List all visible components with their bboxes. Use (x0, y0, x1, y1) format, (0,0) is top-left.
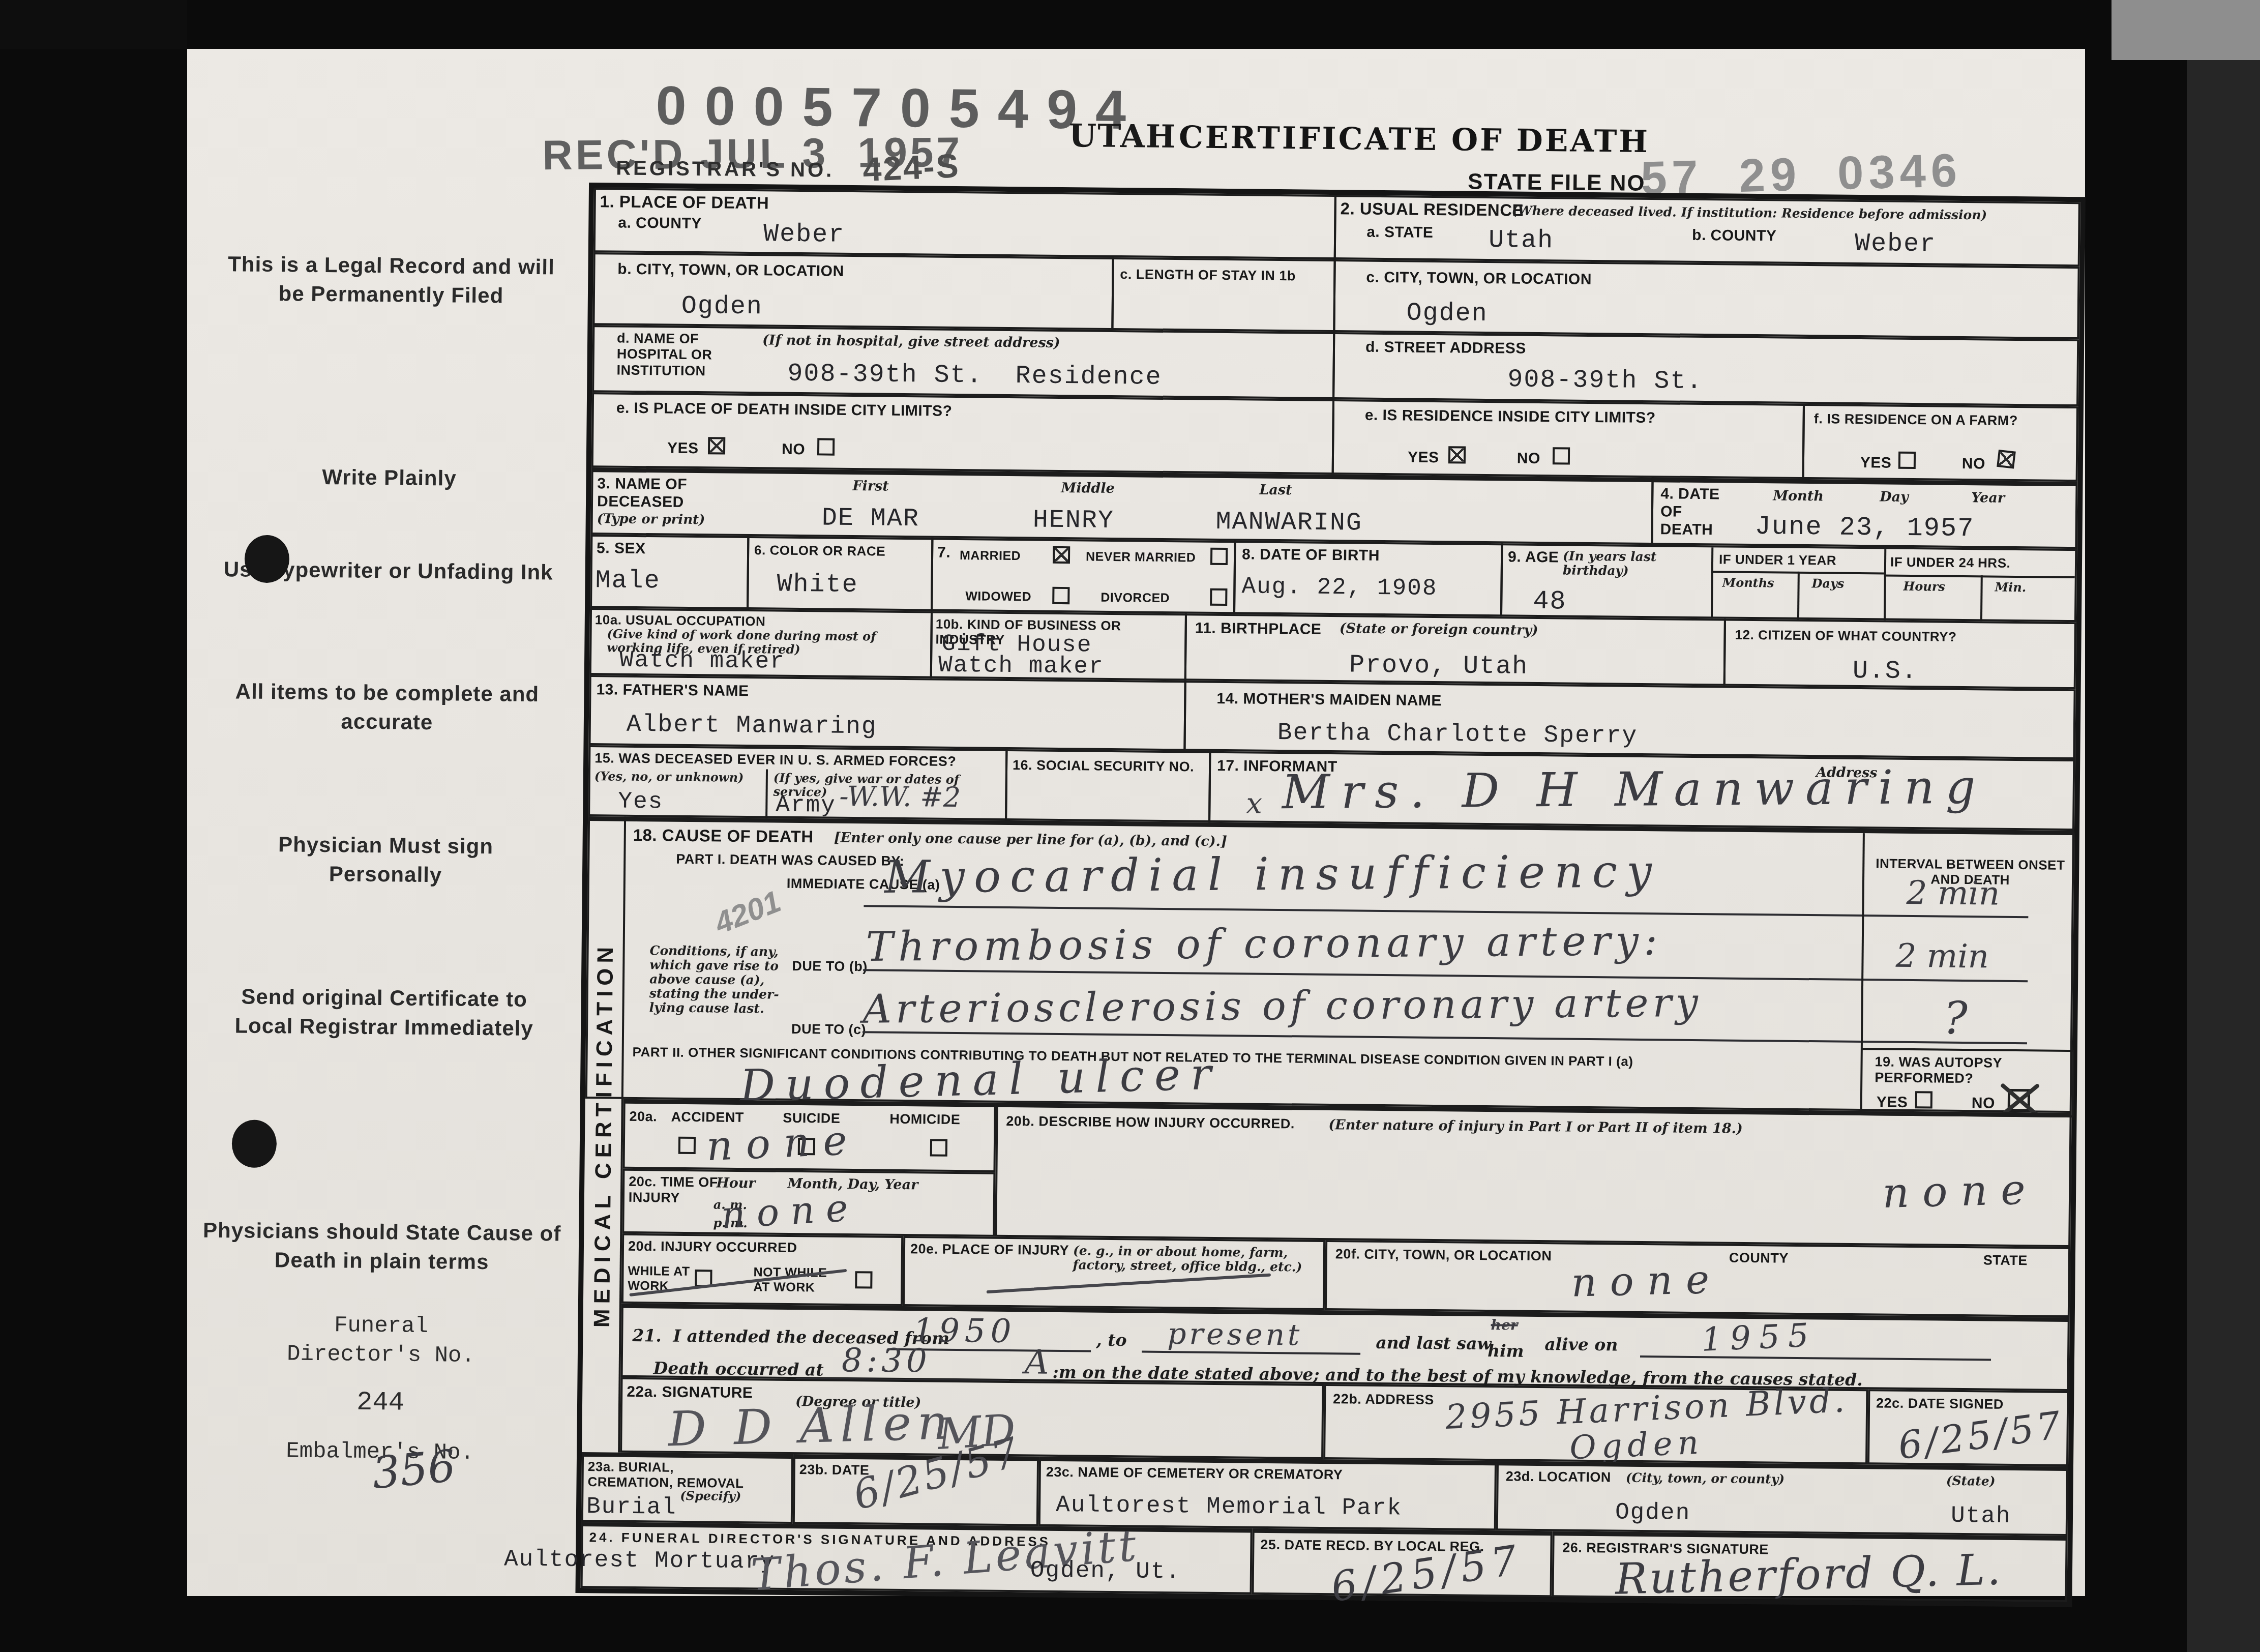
s1-title: 1. PLACE OF DEATH (600, 192, 769, 213)
s7-married-checkbox (1053, 546, 1070, 564)
s1e-yes-label: YES (667, 440, 699, 458)
s1a-county-label: a. COUNTY (618, 215, 702, 233)
s2-title: 2. USUAL RESIDENCE (1340, 199, 1524, 220)
s22b-address-value2: Ogden (1569, 1424, 1704, 1467)
s20e-hint: (e. g., in or about home, farm, factory,… (1073, 1244, 1318, 1275)
s2d-street-cell: d. STREET ADDRESS 908-39th St. (1332, 332, 2079, 406)
s23c-value: Aultorest Memorial Park (1056, 1492, 1402, 1522)
s9-hours-label: Hours (1903, 580, 1945, 594)
s9-divider-3 (1884, 549, 1886, 621)
s2f-no-checkbox (1997, 450, 2016, 469)
s1b-city-value: Ogden (681, 292, 763, 322)
s2-title-hint: (Where deceased lived. If institution: R… (1512, 203, 2076, 223)
s2e-label: e. IS RESIDENCE INSIDE CITY LIMITS? (1365, 407, 1772, 428)
section-20d-injury-occurred: 20d. INJURY OCCURRED WHILE AT WORK NOT W… (621, 1233, 903, 1306)
s9-months-label: Months (1722, 576, 1774, 590)
section-20c-time-of-injury: 20c. TIME OF INJURY Hour a. m. p. m. Mon… (622, 1169, 995, 1237)
s9-divider-4 (1980, 575, 1983, 621)
section-3-name-of-deceased: 3. NAME OF DECEASED (Type or print) Firs… (590, 467, 1653, 545)
s19-yes-label: YES (1877, 1094, 1908, 1111)
section-23b-date: 23b. DATE 6/25/57 (793, 1454, 1039, 1526)
s20e-label: 20e. PLACE OF INJURY (910, 1241, 1069, 1258)
s20f-state-label: STATE (1983, 1252, 2028, 1268)
punch-hole-top (245, 535, 290, 583)
s1e-no-label: NO (782, 441, 805, 459)
s2d-street-label: d. STREET ADDRESS (1365, 339, 1526, 358)
s21-text-2: , to (1096, 1330, 1127, 1350)
s2b-county-value: Weber (1855, 229, 1937, 259)
section-14-mother: 14. MOTHER'S MAIDEN NAME Bertha Charlott… (1183, 681, 2075, 759)
s21-ampm-value: A (1024, 1342, 1049, 1381)
funeral-director-no-value: 244 (215, 1384, 546, 1422)
section-13-father: 13. FATHER'S NAME Albert Manwaring (588, 675, 1186, 751)
s18-interval-a-value: 2 min (1906, 874, 2000, 913)
s7-divorced-label: DIVORCED (1101, 591, 1170, 606)
s12-value: U.S. (1853, 657, 1918, 686)
s23d-hint: (City, town, or county) (1626, 1471, 1785, 1487)
s10b-value2: Watch maker (938, 652, 1104, 680)
s7-widowed-label: WIDOWED (965, 589, 1031, 604)
s2f-yes-checkbox (1898, 452, 1916, 469)
s17-informant-signature: Mrs. D H Manwaring (1282, 759, 1987, 819)
s8-value: Aug. 22, 1908 (1241, 573, 1437, 602)
s18-pencil-note: 4201 (709, 883, 785, 941)
section-20b-how-injury: 20b. DESCRIBE HOW INJURY OCCURRED. (Ente… (995, 1103, 2071, 1247)
s2c-city-cell: c. CITY, TOWN, OR LOCATION Ogden (1333, 259, 2079, 339)
s17-informant-mark: x (1246, 787, 1262, 820)
s10a-value: Watch maker (619, 647, 785, 675)
s5-value: Male (595, 566, 661, 596)
s2f-no-label: NO (1962, 455, 1985, 473)
s18-interval-b-value: 2 min (1895, 937, 1989, 976)
s11-value: Provo, Utah (1349, 651, 1529, 681)
section-25-date-received: 25. DATE RECD. BY LOCAL REG. 6/25/57 (1252, 1528, 1553, 1598)
s18-cause-a-value: Myocardial insufficiency (884, 845, 1661, 903)
s15-divider (765, 769, 768, 818)
s15-value-branch: Army (776, 792, 836, 819)
s20d-label: 20d. INJURY OCCURRED (628, 1238, 797, 1256)
s4-month-label: Month (1773, 488, 1824, 504)
s2c-city-label: c. CITY, TOWN, OR LOCATION (1366, 269, 1592, 289)
section-11-birthplace: 11. BIRTHPLACE (State or foreign country… (1184, 613, 1726, 686)
section-2-usual-residence: 2. USUAL RESIDENCE (Where deceased lived… (1334, 195, 2080, 267)
s8-label: 8. DATE OF BIRTH (1242, 546, 1380, 565)
s20f-county-label: COUNTY (1729, 1250, 1789, 1266)
s21-lastseen-underline (1640, 1355, 1991, 1361)
s1c-length-label: c. LENGTH OF STAY IN 1b (1120, 267, 1328, 284)
s2f-farm-cell: f. IS RESIDENCE ON A FARM? YES NO (1802, 404, 2078, 482)
s1e-yes-checkbox (708, 437, 725, 454)
s21-text-5: Death occurred at (653, 1358, 824, 1379)
section-1-place-of-death: 1. PLACE OF DEATH a. COUNTY Weber (593, 188, 1336, 259)
section-23d-location: 23d. LOCATION (City, town, or county) (S… (1496, 1461, 2068, 1536)
s15-value-yes: Yes (618, 788, 663, 815)
s20b-none-value: none (1882, 1165, 2039, 1218)
s26-registrar-signature: Rutherford Q. L. (1615, 1545, 2003, 1604)
scanner-artifact-light (2112, 0, 2260, 60)
s9-days-label: Days (1811, 577, 1844, 591)
scan-tilt-wrapper: 0005705494 REC'D JUL 3 1957 REGISTRAR'S … (172, 48, 2085, 1614)
s19-no-label: NO (1972, 1095, 1995, 1112)
section-22b-address: 22b. ADDRESS 2955 Harrison Blvd. Ogden (1323, 1384, 1868, 1464)
s4-label: 4. DATE OF DEATH (1660, 485, 1719, 539)
section-12-citizen: 12. CITIZEN OF WHAT COUNTRY? U.S. (1723, 618, 2076, 689)
s23d-state-value: Utah (1951, 1502, 2011, 1529)
margin-legal-record-note: This is a Legal Record and will be Perma… (213, 250, 570, 311)
section-23c-cemetery: 23c. NAME OF CEMETERY OR CREMATORY Aulto… (1038, 1457, 1497, 1531)
s9-divider-2 (1797, 572, 1800, 619)
registrars-no-value: 424-S (862, 146, 961, 189)
s20a-none-value: none (705, 1116, 861, 1170)
s6-label: 6. COLOR OR RACE (754, 542, 927, 559)
s7-never-married-label: NEVER MARRIED (1086, 549, 1196, 565)
s18-interval-divider (1861, 833, 1865, 1048)
s7-married-label: MARRIED (960, 548, 1021, 564)
s11-label: 11. BIRTHPLACE (1195, 619, 1322, 638)
s2f-yes-label: YES (1860, 454, 1892, 472)
s21-him-word: him (1488, 1341, 1524, 1361)
certificate-paper: 0005705494 REC'D JUL 3 1957 REGISTRAR'S … (187, 49, 2085, 1596)
certificate-form: 1. PLACE OF DEATH a. COUNTY Weber 2. USU… (575, 183, 2085, 1607)
s6-value: White (777, 570, 858, 600)
s9-hint: (In years last birthday) (1563, 549, 1680, 578)
s18-cause-c-underline (863, 1031, 2027, 1044)
section-9-age: 9. AGE (In years last birthday) 48 IF UN… (1500, 543, 2077, 622)
scanner-corner (0, 0, 187, 49)
s1d-hospital-value: 908-39th St. Residence (787, 360, 1162, 392)
s21-lastseen-value: 1955 (1701, 1316, 1818, 1359)
s18-conditions-note: Conditions, if any, which gave rise to a… (649, 943, 797, 1016)
section-20e-place-of-injury: 20e. PLACE OF INJURY (e. g., in or about… (903, 1236, 1325, 1310)
ink-scrawl (987, 1273, 1271, 1293)
s9-value: 48 (1533, 586, 1567, 617)
page-title: UTAH CERTIFICATE OF DEATH (1069, 117, 1650, 160)
s3-middle-label: Middle (1061, 481, 1115, 496)
s1d-hospital-cell: d. NAME OF HOSPITAL OR INSTITUTION (If n… (592, 325, 1335, 399)
margin-physician-sign-note: Physician Must sign Personally (233, 830, 539, 890)
s24-city-value: Ogden, Ut. (1030, 1557, 1181, 1585)
punch-hole-bottom (231, 1119, 277, 1168)
s2e-city-limits-cell: e. IS RESIDENCE INSIDE CITY LIMITS? YES … (1332, 399, 1805, 479)
s19-label: 19. WAS AUTOPSY PERFORMED? (1875, 1054, 2063, 1087)
s1c-length-of-stay-cell: c. LENGTH OF STAY IN 1b (1111, 257, 1335, 332)
s23d-state-hint: (State) (1946, 1474, 1996, 1489)
s3-hint: (Type or print) (597, 512, 705, 527)
s21-to-underline (1142, 1351, 1360, 1355)
section-26-registrar: 26. REGISTRAR'S SIGNATURE Rutherford Q. … (1552, 1531, 2067, 1602)
s1a-county-value: Weber (763, 220, 845, 250)
s20b-label: 20b. DESCRIBE HOW INJURY OCCURRED. (1006, 1113, 1295, 1132)
s9-label: 9. AGE (1508, 548, 1559, 567)
s3-first-value: DE MAR (821, 504, 919, 534)
section-19-autopsy: 19. WAS AUTOPSY PERFORMED? YES NO (1860, 1048, 2074, 1117)
s2f-label: f. IS RESIDENCE ON A FARM? (1814, 411, 2068, 429)
s22b-label: 22b. ADDRESS (1333, 1391, 1434, 1408)
scanner-artifact-strip (2187, 60, 2260, 1652)
s21-to-value: present (1167, 1316, 1303, 1352)
s18-label: 18. CAUSE OF DEATH (633, 825, 814, 847)
s11-hint: (State or foreign country) (1340, 621, 1538, 638)
s18-interval-c-value: ? (1943, 992, 1968, 1044)
s22a-physician-signature: D D Allen (667, 1395, 955, 1457)
s2e-no-label: NO (1517, 450, 1540, 468)
section-24-funeral-director: 24. FUNERAL DIRECTOR'S SIGNATURE AND ADD… (581, 1522, 1253, 1595)
section-18-cause-of-death: 18. CAUSE OF DEATH [Enter only one cause… (585, 816, 2074, 1113)
s2d-street-value: 908-39th St. (1507, 365, 1703, 396)
section-7-marital-status: 7. MARRIED NEVER MARRIED WIDOWED DIVORCE… (931, 538, 1236, 614)
s23a-value: Burial (586, 1493, 677, 1521)
s15-value-war: -W.W. #2 (839, 780, 961, 813)
s16-label: 16. SOCIAL SECURITY NO. (1013, 757, 1206, 775)
s13-value: Albert Manwaring (627, 711, 877, 741)
s18-due-to-b-label: DUE TO (b) (792, 958, 868, 975)
s1d-hospital-hint: (If not in hospital, give street address… (762, 333, 1060, 351)
section-15-armed-forces: 15. WAS DECEASED EVER IN U. S. ARMED FOR… (588, 745, 1007, 820)
s3-label: 3. NAME OF DECEASED (597, 475, 725, 512)
s2a-state-label: a. STATE (1366, 224, 1434, 242)
s1b-city-cell: b. CITY, TOWN, OR LOCATION Ogden (592, 252, 1114, 330)
s3-last-label: Last (1259, 483, 1292, 498)
section-10a-occupation: 10a. USUAL OCCUPATION (Give kind of work… (589, 608, 933, 678)
s9-under24-label: IF UNDER 24 HRS. (1890, 554, 2011, 571)
s12-label: 12. CITIZEN OF WHAT COUNTRY? (1735, 627, 2010, 645)
section-23a-burial: 23a. BURIAL, CREMATION, REMOVAL (Specify… (581, 1452, 793, 1524)
s20a-homicide-label: HOMICIDE (889, 1111, 960, 1128)
section-4-date-of-death: 4. DATE OF DEATH Month Day Year June 23,… (1651, 478, 2077, 549)
s18-cause-b-value: Thrombosis of coronary artery: (866, 917, 1662, 970)
s1d-hospital-label: d. NAME OF HOSPITAL OR INSTITUTION (616, 331, 744, 379)
s18-due-to-c-label: DUE TO (c) (791, 1021, 866, 1038)
s4-value: June 23, 1957 (1755, 512, 1974, 544)
s23d-label: 23d. LOCATION (1506, 1468, 1611, 1485)
s1e-no-checkbox (817, 438, 835, 455)
s3-first-label: First (852, 479, 889, 494)
section-21-attendance: 21. I attended the deceased from 1950 , … (621, 1304, 2070, 1391)
section-17-informant: 17. INFORMANT Address x Mrs. D H Manwari… (1208, 751, 2075, 831)
s21-time-value: 8:30 (842, 1342, 931, 1380)
margin-send-original-note: Send original Certificate to Local Regis… (231, 982, 537, 1043)
s18-part1-label: PART I. DEATH WAS CAUSED BY: (676, 851, 904, 870)
s20c-label: 20c. TIME OF INJURY (629, 1174, 718, 1206)
s9-under1-label: IF UNDER 1 YEAR (1719, 551, 1836, 568)
s20f-none-value: none (1570, 1256, 1723, 1306)
s18-cause-b-underline (863, 969, 2028, 982)
s2e-no-checkbox (1553, 447, 1570, 464)
s4-day-label: Day (1880, 489, 1909, 505)
s9-divider-1 (1711, 547, 1713, 618)
section-8-date-of-birth: 8. DATE OF BIRTH Aug. 22, 1908 (1233, 541, 1503, 616)
funeral-director-no-label: Funeral Director's No. (216, 1310, 547, 1372)
s14-value: Bertha Charlotte Sperry (1277, 719, 1638, 750)
s20a-accident-checkbox (678, 1137, 696, 1154)
s20a-number: 20a. (629, 1109, 657, 1125)
s20b-hint: (Enter nature of injury in Part I or Par… (1328, 1117, 1743, 1137)
s20c-none-value: none (720, 1186, 860, 1237)
s24-mortuary-value: Aultorest Mortuary (504, 1546, 775, 1575)
section-5-sex: 5. SEX Male (590, 535, 749, 609)
s23d-city-value: Ogden (1615, 1499, 1691, 1526)
s7-number: 7. (937, 544, 950, 562)
scanned-death-certificate: 0005705494 REC'D JUL 3 1957 REGISTRAR'S … (0, 0, 2260, 1652)
s3-middle-value: HENRY (1032, 506, 1114, 536)
s20f-label: 20f. CITY, TOWN, OR LOCATION (1335, 1246, 1552, 1264)
s1e-label: e. IS PLACE OF DEATH INSIDE CITY LIMITS? (616, 400, 953, 421)
section-16-ssn: 16. SOCIAL SECURITY NO. (1005, 749, 1211, 822)
s19-yes-checkbox (1915, 1091, 1932, 1108)
s3-last-value: MANWARING (1215, 508, 1362, 538)
s2e-yes-checkbox (1448, 446, 1466, 463)
s23a-hint: (Specify) (680, 1489, 741, 1503)
s18-cause-a-underline (864, 905, 2028, 918)
section-22c-date-signed: 22c. DATE SIGNED 6/25/57 (1867, 1389, 2069, 1466)
s21-text-3: and last saw (1376, 1333, 1492, 1353)
registrars-no-label: REGISTRAR'S NO. (616, 157, 834, 182)
s14-label: 14. MOTHER'S MAIDEN NAME (1216, 690, 1442, 710)
s15-hint1: (Yes, no, or unknown) (594, 770, 744, 785)
s21-text-4: alive on (1544, 1334, 1618, 1354)
section-6-color-race: 6. COLOR OR RACE White (747, 536, 933, 611)
s7-never-married-checkbox (1210, 548, 1228, 565)
s5-label: 5. SEX (597, 540, 646, 558)
s1b-city-label: b. CITY, TOWN, OR LOCATION (617, 261, 844, 281)
s2e-yes-label: YES (1408, 449, 1439, 466)
section-20f-injury-location: 20f. CITY, TOWN, OR LOCATION COUNTY STAT… (1325, 1240, 2070, 1317)
embalmer-no-value: 356 (370, 1440, 458, 1499)
s7-divorced-checkbox (1210, 588, 1227, 606)
s1e-city-limits-cell: e. IS PLACE OF DEATH INSIDE CITY LIMITS?… (591, 392, 1334, 475)
s2b-county-label: b. COUNTY (1692, 227, 1776, 245)
title-state: UTAH (1069, 117, 1177, 155)
s9-under24-rule (1884, 574, 2075, 578)
margin-write-plainly-note: Write Plainly (211, 462, 568, 494)
s20c-hour-label: Hour (716, 1176, 756, 1192)
s15-label: 15. WAS DECEASED EVER IN U. S. ARMED FOR… (594, 750, 1001, 770)
s7-widowed-checkbox (1052, 587, 1069, 604)
s4-year-label: Year (1971, 490, 2005, 506)
margin-complete-note: All items to be complete and accurate (234, 677, 540, 737)
s22c-date-value: 6/25/57 (1895, 1403, 2066, 1468)
s23a-label: 23a. BURIAL, CREMATION, REMOVAL (587, 1459, 756, 1491)
s21-struck-word: her (1491, 1316, 1518, 1334)
section-20a-accident: 20a. ACCIDENT SUICIDE HOMICIDE none (622, 1099, 996, 1172)
s2c-city-value: Ogden (1406, 299, 1488, 329)
s23c-label: 23c. NAME OF CEMETERY OR CREMATORY (1046, 1464, 1494, 1485)
section-10b-industry: 10b. KIND OF BUSINESS OR INDUSTRY Gift H… (930, 611, 1187, 681)
s20d-not-while-checkbox (855, 1271, 872, 1288)
s9-min-label: Min. (1995, 581, 2026, 595)
s22a-label: 22a. SIGNATURE (627, 1383, 753, 1402)
title-main: CERTIFICATE OF DEATH (1179, 120, 1650, 160)
margin-plain-terms-note: Physicians should State Cause of Death i… (191, 1216, 573, 1278)
s20a-homicide-checkbox (930, 1139, 947, 1157)
s18-cause-c-value: Arteriosclerosis of coronary artery (863, 980, 1702, 1032)
s13-label: 13. FATHER'S NAME (596, 681, 749, 700)
s2a-state-value: Utah (1489, 226, 1554, 255)
s18-label-hint: [Enter only one cause per line for (a), … (834, 831, 1227, 850)
